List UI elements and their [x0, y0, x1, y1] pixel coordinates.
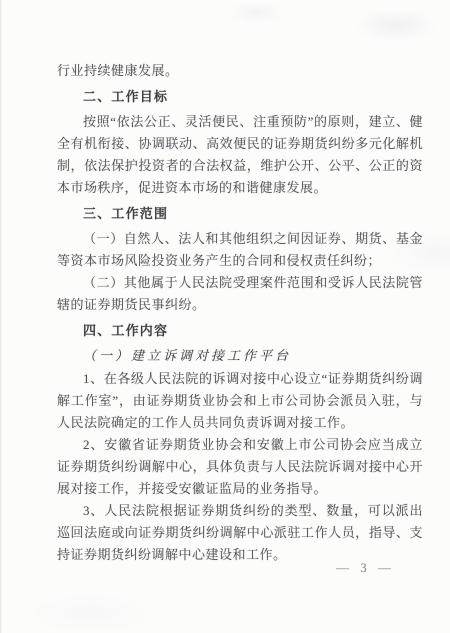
- section-heading: 三、工作范围: [57, 203, 423, 225]
- body-paragraph: （一）自然人、法人和其他组织之间因证券、期货、基金等资本市场风险投资业务产生的合…: [57, 228, 423, 272]
- body-paragraph: 2、安徽省证券期货业协会和安徽上市公司协会应当成立证券期货纠纷调解中心，具体负责…: [57, 434, 423, 500]
- section-heading: 二、工作目标: [57, 86, 423, 108]
- sub-section-heading: （一）建立诉调对接工作平台: [57, 345, 423, 367]
- page-edge-shadow: [0, 0, 2, 633]
- scanned-page: 行业持续健康发展。二、工作目标按照“依法公正、灵活便民、注重预防”的原则，建立、…: [0, 0, 450, 633]
- body-paragraph: （二）其他属于人民法院受理案件范围和受诉人民法院管辖的证券期货民事纠纷。: [57, 272, 423, 316]
- continuation-paragraph: 行业持续健康发展。: [57, 60, 423, 82]
- body-paragraph: 1、在各级人民法院的诉调对接中心设立“证券期货纠纷调解工作室”，由证券期货业协会…: [57, 368, 423, 434]
- document-body: 行业持续健康发展。二、工作目标按照“依法公正、灵活便民、注重预防”的原则，建立、…: [57, 60, 423, 566]
- page-number: — 3 —: [336, 560, 392, 576]
- body-paragraph: 按照“依法公正、灵活便民、注重预防”的原则，建立、健全有机衔接、协调联动、高效便…: [57, 111, 423, 199]
- body-paragraph: 3、人民法院根据证券期货纠纷的类型、数量，可以派出巡回法庭或向证券期货纠纷调解中…: [57, 500, 423, 566]
- section-heading: 四、工作内容: [57, 320, 423, 342]
